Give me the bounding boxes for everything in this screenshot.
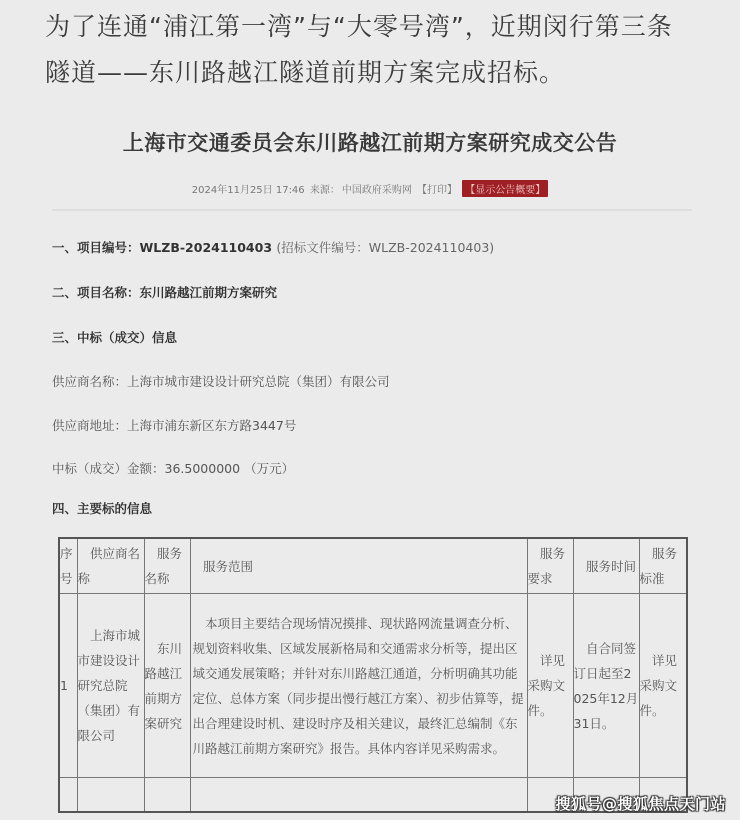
supplier-name-label: 供应商名称： xyxy=(52,374,127,389)
award-amount-line: 中标（成交）金额：36.5000000 （万元） xyxy=(52,459,294,477)
supplier-address-line: 供应商地址：上海市浦东新区东方路3447号 xyxy=(52,416,296,434)
table-row: 1 上海市城市建设设计研究总院（集团）有限公司 东川路越江前期方案研究 本项目主… xyxy=(59,594,687,778)
cell-index: 1 xyxy=(59,594,77,778)
cell-scope: 本项目主要结合现场情况摸排、现状路网流量调查分析、规划资料收集、区域发展新格局和… xyxy=(190,594,527,778)
subject-info-heading: 四、主要标的信息 xyxy=(52,499,152,517)
table-header-row: 序号 供应商名称 服务名称 服务范围 服务要求 服务时间 服务标准 xyxy=(59,538,687,594)
cell-service-name: 东川路越江前期方案研究 xyxy=(144,594,190,778)
intro-line-2: 隧道——东川路越江隧道前期方案完成招标。 xyxy=(45,50,725,96)
notice-meta: 2024年11月25日 17:46 来源：中国政府采购网 【打印】 【显示公告概… xyxy=(0,180,740,197)
project-number-line: 一、项目编号：WLZB-2024110403 (招标文件编号：WLZB-2024… xyxy=(52,238,494,256)
supplier-name-line: 供应商名称：上海市城市建设设计研究总院（集团）有限公司 xyxy=(52,372,390,390)
header-service-name: 服务名称 xyxy=(144,538,190,594)
supplier-address-value: 上海市浦东新区东方路3447号 xyxy=(127,418,296,433)
supplier-name-value: 上海市城市建设设计研究总院（集团）有限公司 xyxy=(127,374,390,389)
divider xyxy=(52,209,692,211)
watermark: 搜狐号@搜狐焦点天门站 xyxy=(555,793,726,814)
tender-doc-number: (招标文件编号：WLZB-2024110403) xyxy=(276,240,494,255)
empty-cell xyxy=(59,778,77,813)
project-name-value: 东川路越江前期方案研究 xyxy=(140,285,278,300)
project-number-value: WLZB-2024110403 xyxy=(140,240,273,255)
award-info-heading: 三、中标（成交）信息 xyxy=(52,328,177,346)
award-amount-unit: （万元） xyxy=(244,461,294,476)
intro-line-1: 为了连通“浦江第一湾”与“大零号湾”，近期闵行第三条 xyxy=(45,4,725,50)
empty-cell xyxy=(190,778,527,813)
subject-info-table: 序号 供应商名称 服务名称 服务范围 服务要求 服务时间 服务标准 1 上海市城… xyxy=(58,537,688,813)
header-index: 序号 xyxy=(59,538,77,594)
project-number-label: 一、项目编号： xyxy=(52,240,140,255)
empty-cell xyxy=(77,778,144,813)
supplier-address-label: 供应商地址： xyxy=(52,418,127,433)
header-requirement: 服务要求 xyxy=(527,538,573,594)
header-scope: 服务范围 xyxy=(190,538,527,594)
cell-time: 自合同签订日起至2025年12月31日。 xyxy=(573,594,639,778)
intro-paragraph: 为了连通“浦江第一湾”与“大零号湾”，近期闵行第三条 隧道——东川路越江隧道前期… xyxy=(45,4,725,96)
cell-standard: 详见采购文件。 xyxy=(639,594,687,778)
publish-datetime: 2024年11月25日 17:46 xyxy=(192,185,305,196)
project-name-line: 二、项目名称：东川路越江前期方案研究 xyxy=(52,283,277,301)
source-name: 中国政府采购网 xyxy=(342,185,412,196)
header-time: 服务时间 xyxy=(573,538,639,594)
page-title: 上海市交通委员会东川路越江前期方案研究成交公告 xyxy=(0,127,740,157)
print-link[interactable]: 【打印】 xyxy=(417,185,457,196)
header-standard: 服务标准 xyxy=(639,538,687,594)
show-summary-button[interactable]: 【显示公告概要】 xyxy=(462,180,548,197)
award-amount-value: 36.5000000 xyxy=(165,461,241,476)
header-supplier: 供应商名称 xyxy=(77,538,144,594)
cell-requirement: 详见采购文件。 xyxy=(527,594,573,778)
source-label: 来源： xyxy=(310,185,340,196)
project-name-label: 二、项目名称： xyxy=(52,285,140,300)
empty-cell xyxy=(144,778,190,813)
award-amount-label: 中标（成交）金额： xyxy=(52,461,165,476)
cell-supplier: 上海市城市建设设计研究总院（集团）有限公司 xyxy=(77,594,144,778)
